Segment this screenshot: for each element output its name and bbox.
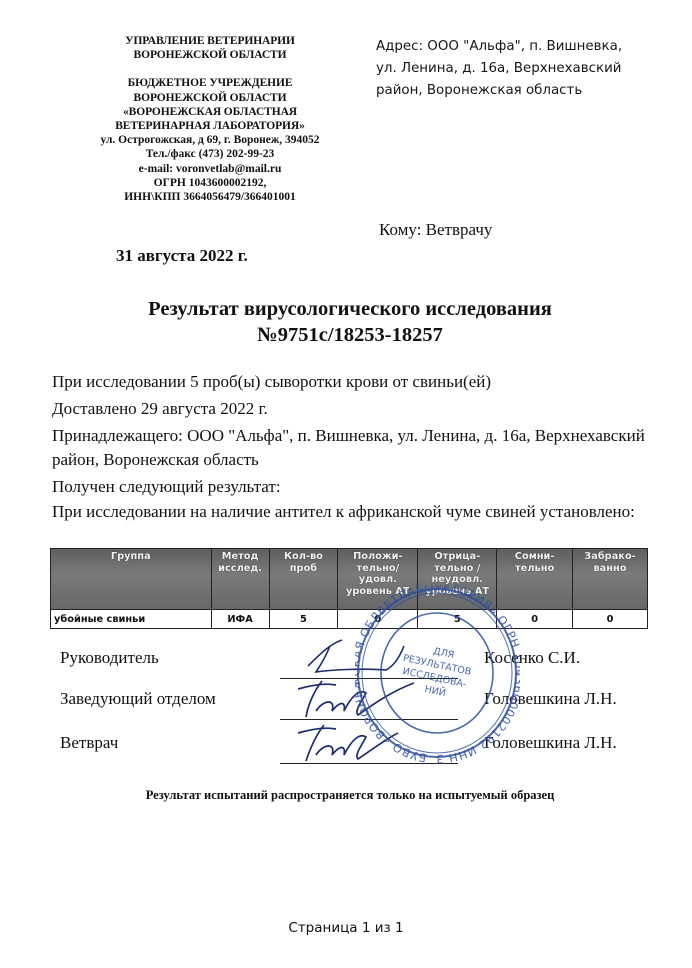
signature-role: Руководитель <box>60 648 159 668</box>
org-line: ВОРОНЕЖСКОЙ ОБЛАСТИ <box>86 48 334 62</box>
column-header-sample-count: Кол-во проб <box>269 549 338 610</box>
column-header-group: Группа <box>51 549 212 610</box>
body-line: Принадлежащего: ООО "Альфа", п. Вишневка… <box>52 424 652 471</box>
page-number: Страница 1 из 1 <box>0 920 692 936</box>
official-stamp-icon: БУВО «ВОРОНЕЖСКАЯ ОБЛВЕТЛАБОРАТОРИЯ» ОГР… <box>355 585 520 765</box>
signature-row-vet: Ветврач Головешкина Л.Н. <box>60 733 640 757</box>
recipient-line: Кому: Ветврачу <box>379 220 492 240</box>
title-line: Результат вирусологического исследования <box>60 296 640 322</box>
org-phone: Тел./факс (473) 202-99-23 <box>86 147 334 161</box>
org-line: ВОРОНЕЖСКОЙ ОБЛАСТИ <box>86 91 334 105</box>
cell-sample-count: 5 <box>269 610 338 629</box>
stamp-center-text: ДЛЯ РЕЗУЛЬТАТОВ ИССЛЕДОВА- НИЙ <box>397 640 478 704</box>
signature-role: Ветврач <box>60 733 118 753</box>
body-line: При исследовании на наличие антител к аф… <box>52 502 652 521</box>
org-ogrn: ОГРН 1043600002192, <box>86 176 334 190</box>
table-header-row: Группа Метод исслед. Кол-во проб Положи-… <box>51 549 648 610</box>
disclaimer-text: Результат испытаний распространяется тол… <box>60 788 640 803</box>
document-title: Результат вирусологического исследования… <box>60 296 640 348</box>
column-header-rejected: Забрако-ванно <box>573 549 648 610</box>
document-body: При исследовании 5 проб(ы) сыворотки кро… <box>52 370 652 524</box>
cell-rejected: 0 <box>573 610 648 629</box>
column-header-method: Метод исслед. <box>211 549 269 610</box>
document-number: №9751с/18253-18257 <box>60 322 640 348</box>
org-inn-kpp: ИНН\КПП 3664056479/366401001 <box>86 190 334 204</box>
recipient-address: Адрес: ООО "Альфа", п. Вишневка, ул. Лен… <box>376 36 666 102</box>
organization-header: УПРАВЛЕНИЕ ВЕТЕРИНАРИИ ВОРОНЕЖСКОЙ ОБЛАС… <box>86 34 334 204</box>
address-line: район, Воронежская область <box>376 80 666 102</box>
address-line: ул. Ленина, д. 16а, Верхнехавский <box>376 58 666 80</box>
body-line: Получен следующий результат: <box>52 475 652 499</box>
signature-row-head: Руководитель Косенко С.И. <box>60 648 640 672</box>
results-table: Группа Метод исслед. Кол-во проб Положи-… <box>50 548 648 629</box>
document-date: 31 августа 2022 г. <box>116 246 248 266</box>
org-email: e-mail: voronvetlab@mail.ru <box>86 162 334 176</box>
org-line: ВЕТЕРИНАРНАЯ ЛАБОРАТОРИЯ» <box>86 119 334 133</box>
cell-group: убойные свиньи <box>51 610 212 629</box>
signature-role: Заведующий отделом <box>60 689 216 709</box>
signature-row-department-head: Заведующий отделом Головешкина Л.Н. <box>60 689 640 713</box>
body-line: Доставлено 29 августа 2022 г. <box>52 397 652 421</box>
org-street: ул. Острогожская, д 69, г. Воронеж, 3940… <box>86 133 334 147</box>
org-line: БЮДЖЕТНОЕ УЧРЕЖДЕНИЕ <box>86 76 334 90</box>
org-line: УПРАВЛЕНИЕ ВЕТЕРИНАРИИ <box>86 34 334 48</box>
body-line: При исследовании 5 проб(ы) сыворотки кро… <box>52 370 652 394</box>
cell-method: ИФА <box>211 610 269 629</box>
org-line: «ВОРОНЕЖСКАЯ ОБЛАСТНАЯ <box>86 105 334 119</box>
table-row: убойные свиньи ИФА 5 0 5 0 0 <box>51 610 648 629</box>
address-line: Адрес: ООО "Альфа", п. Вишневка, <box>376 36 666 58</box>
